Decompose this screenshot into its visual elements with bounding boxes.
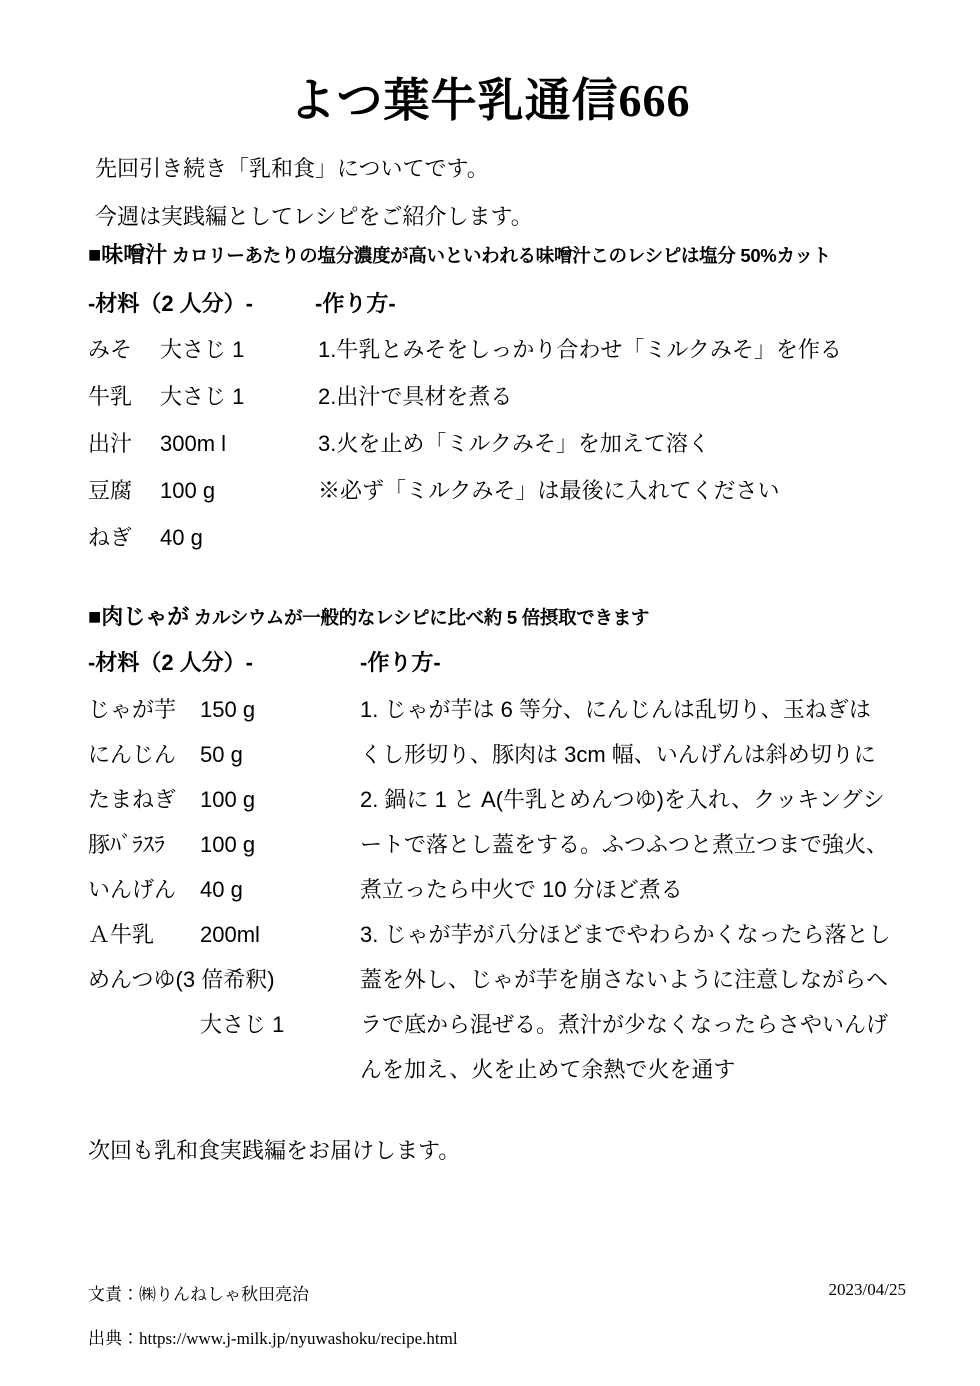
ingredient-row: いんげん 40 g — [88, 867, 360, 912]
section-misoshiru-title: ■味噌汁 — [88, 242, 167, 267]
footer-date: 2023/04/25 — [829, 1280, 906, 1300]
step-line: くし形切り、豚肉は 3cm 幅、いんげんは斜め切りに — [360, 732, 890, 777]
section-misoshiru-body: みそ 大さじ 1 牛乳 大さじ 1 出汁 300m l 豆腐 100 g ねぎ … — [88, 326, 842, 561]
ingredient-name: じゃが芋 — [88, 687, 200, 732]
ingredient-name: 牛乳 — [88, 373, 160, 420]
intro-paragraph: 先回引き続き「乳和食」についてです。 今週は実践編としてレシピをご紹介します。 — [95, 145, 533, 241]
section-nikujaga-title: ■肉じゃが — [88, 604, 189, 629]
ingredient-name: 豚ﾊﾞﾗｽﾗ — [88, 822, 200, 867]
ingredient-amount: 50 g — [200, 732, 243, 777]
ingredient-name: みそ — [88, 326, 160, 373]
ingredient-row: 大さじ 1 — [88, 1002, 360, 1047]
ingredients-list: じゃが芋 150 g にんじん 50 g たまねぎ 100 g 豚ﾊﾞﾗｽﾗ 1… — [88, 687, 360, 1092]
section-nikujaga-note: カルシウムが一般的なレシピに比べ約 5 倍摂取できます — [194, 607, 649, 628]
section-nikujaga-body: じゃが芋 150 g にんじん 50 g たまねぎ 100 g 豚ﾊﾞﾗｽﾗ 1… — [88, 687, 890, 1092]
ingredients-header: -材料（2 人分）- — [88, 646, 360, 677]
ingredients-list: みそ 大さじ 1 牛乳 大さじ 1 出汁 300m l 豆腐 100 g ねぎ … — [88, 326, 318, 561]
ingredient-amount: 大さじ 1 — [200, 1002, 284, 1047]
step-line: 煮立ったら中火で 10 分ほど煮る — [360, 867, 890, 912]
ingredient-amount: 大さじ 1 — [160, 373, 244, 420]
ingredient-row: Ａ牛乳 200ml — [88, 912, 360, 957]
section-misoshiru-header: ■味噌汁 カロリーあたりの塩分濃度が高いといわれる味噌汁このレシピは塩分 50%… — [88, 238, 831, 269]
intro-line-2: 今週は実践編としてレシピをご紹介します。 — [95, 193, 533, 241]
step-line: 2. 鍋に 1 と A(牛乳とめんつゆ)を入れ、クッキングシ — [360, 777, 890, 822]
step-line: 1.牛乳とみそをしっかり合わせ「ミルクみそ」を作る — [318, 326, 842, 373]
ingredient-row: にんじん 50 g — [88, 732, 360, 777]
ingredients-header: -材料（2 人分）- — [88, 287, 315, 318]
ingredient-row: じゃが芋 150 g — [88, 687, 360, 732]
ingredient-row: 豆腐 100 g — [88, 467, 318, 514]
newsletter-page: よつ葉牛乳通信666 先回引き続き「乳和食」についてです。 今週は実践編としてレ… — [0, 0, 980, 1386]
step-line: ラで底から混ぜる。煮汁が少なくなったらさやいんげ — [360, 1002, 890, 1047]
steps-header: -作り方- — [315, 287, 396, 318]
section-misoshiru-columns-header: -材料（2 人分）- -作り方- — [88, 287, 396, 318]
ingredient-name: Ａ牛乳 — [88, 912, 200, 957]
step-line: 2.出汁で具材を煮る — [318, 373, 842, 420]
ingredient-amount: 100 g — [200, 822, 255, 867]
ingredient-amount: 大さじ 1 — [160, 326, 244, 373]
ingredient-row: 牛乳 大さじ 1 — [88, 373, 318, 420]
ingredient-amount: 100 g — [200, 777, 255, 822]
steps-list: 1.牛乳とみそをしっかり合わせ「ミルクみそ」を作る 2.出汁で具材を煮る 3.火… — [318, 326, 842, 561]
footer-author: 文責：㈱りんねしゃ秋田亮治 — [88, 1280, 309, 1305]
section-nikujaga-columns-header: -材料（2 人分）- -作り方- — [88, 646, 441, 677]
ingredient-row: ねぎ 40 g — [88, 514, 318, 561]
ingredient-name: ねぎ — [88, 514, 160, 561]
intro-line-1: 先回引き続き「乳和食」についてです。 — [95, 145, 533, 193]
ingredient-name — [88, 1002, 200, 1047]
ingredient-name: にんじん — [88, 732, 200, 777]
step-line: 3. じゃが芋が八分ほどまでやわらかくなったら落とし — [360, 912, 890, 957]
ingredient-row: めんつゆ(3 倍希釈) — [88, 957, 360, 1002]
step-line: ※必ず「ミルクみそ」は最後に入れてください — [318, 467, 842, 514]
ingredient-amount: 300m l — [160, 420, 226, 467]
ingredient-row: たまねぎ 100 g — [88, 777, 360, 822]
ingredient-name: 豆腐 — [88, 467, 160, 514]
steps-header: -作り方- — [360, 646, 441, 677]
page-title: よつ葉牛乳通信666 — [0, 64, 980, 130]
footer-source-url: 出典：https://www.j-milk.jp/nyuwashoku/reci… — [88, 1324, 458, 1349]
ingredient-amount: 150 g — [200, 687, 255, 732]
step-line: ートで落とし蓋をする。ふつふつと煮立つまで強火、 — [360, 822, 890, 867]
ingredient-row: 豚ﾊﾞﾗｽﾗ 100 g — [88, 822, 360, 867]
ingredient-name: たまねぎ — [88, 777, 200, 822]
ingredient-name: めんつゆ(3 倍希釈) — [88, 957, 200, 1002]
ingredient-amount: 200ml — [200, 912, 260, 957]
ingredient-row: 出汁 300m l — [88, 420, 318, 467]
ingredient-amount: 40 g — [200, 867, 243, 912]
ingredient-name: いんげん — [88, 867, 200, 912]
ingredient-name: 出汁 — [88, 420, 160, 467]
section-nikujaga-header: ■肉じゃが カルシウムが一般的なレシピに比べ約 5 倍摂取できます — [88, 600, 649, 631]
step-line: んを加え、火を止めて余熱で火を通す — [360, 1047, 890, 1092]
ingredient-row: みそ 大さじ 1 — [88, 326, 318, 373]
ingredient-amount: 100 g — [160, 467, 215, 514]
step-line: 蓋を外し、じゃが芋を崩さないように注意しながらヘ — [360, 957, 890, 1002]
steps-list: 1. じゃが芋は 6 等分、にんじんは乱切り、玉ねぎは くし形切り、豚肉は 3c… — [360, 687, 890, 1092]
step-line: 1. じゃが芋は 6 等分、にんじんは乱切り、玉ねぎは — [360, 687, 890, 732]
closing-line: 次回も乳和食実践編をお届けします。 — [88, 1134, 460, 1165]
ingredient-amount: 40 g — [160, 514, 203, 561]
step-line: 3.火を止め「ミルクみそ」を加えて溶く — [318, 420, 842, 467]
section-misoshiru-note: カロリーあたりの塩分濃度が高いといわれる味噌汁このレシピは塩分 50%カット — [172, 245, 831, 266]
